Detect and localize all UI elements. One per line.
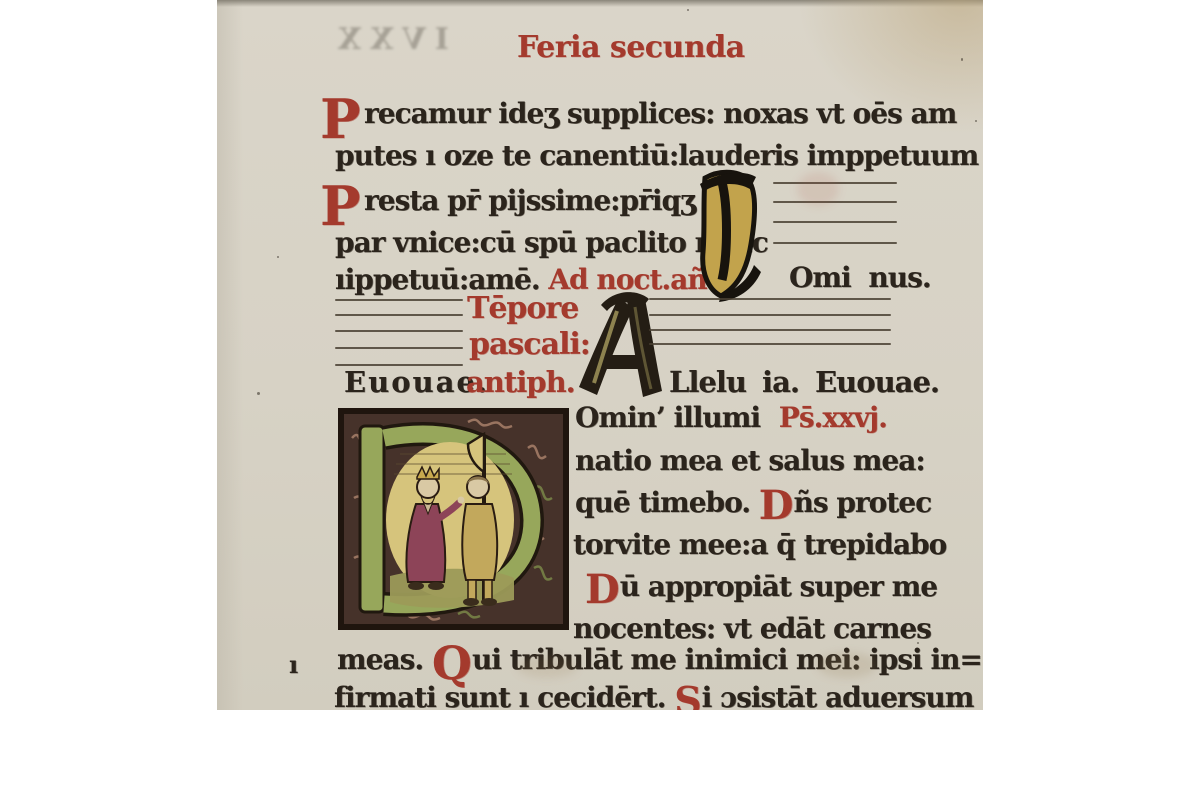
psalm-line-8-pre: firmati sunt ı cecidērt. bbox=[334, 681, 665, 710]
red-initial-d-1: D bbox=[759, 482, 794, 529]
psalm-line-8-post: i ɔsistāt aduersum bbox=[702, 681, 974, 710]
psalm-line-7-pre: meas. bbox=[337, 643, 423, 676]
woodcut-initial-d-icon bbox=[338, 408, 569, 630]
drop-cap-p-1: P bbox=[320, 92, 361, 146]
ghost-folio-numeral: IVXX bbox=[329, 22, 449, 57]
screenshot-canvas: IVXX Feria secunda P recamur ideʒ suppli… bbox=[0, 0, 1200, 800]
music-staff-lines-3 bbox=[649, 298, 891, 345]
page-scan: IVXX Feria secunda P recamur ideʒ suppli… bbox=[217, 0, 983, 710]
heading-feria-secunda: Feria secunda bbox=[517, 31, 745, 65]
speck bbox=[257, 392, 260, 395]
stain bbox=[517, 656, 577, 678]
red-initial-d-2: D bbox=[585, 566, 620, 613]
drop-cap-p-2: P bbox=[320, 179, 361, 233]
psalm-line-1-text: Omin’ illumi bbox=[575, 401, 760, 434]
gold-initial-d-icon bbox=[691, 166, 765, 302]
psalm-line-3-post: ñs protec bbox=[793, 486, 931, 519]
stain bbox=[797, 172, 839, 206]
psalm-line-5: Dū appropiāt super me bbox=[585, 570, 937, 604]
dominus-continuation: Omi nus. bbox=[789, 261, 931, 295]
red-initial-s: S bbox=[674, 678, 701, 710]
rubric-tempore: Tēpore bbox=[467, 292, 578, 326]
rubric-antiph: antiph. bbox=[466, 365, 575, 399]
psalm-line-8: firmati sunt ı cecidērt. Si ɔsistāt adue… bbox=[334, 681, 973, 710]
psalm-line-2: natio mea et salus mea: bbox=[575, 444, 925, 478]
psalm-line-3-pre: quē timebo. bbox=[575, 486, 750, 519]
speck bbox=[961, 58, 963, 61]
psalm-line-6: nocentes: vt edāt carnes bbox=[573, 612, 931, 646]
psalm-line-3: quē timebo. Dñs protec bbox=[575, 486, 931, 520]
psalm-line-4: torvite mee:a q̄ trepidabo bbox=[573, 528, 946, 562]
psalm-line-1: Omin’ illumi Ps̄.xxvj. bbox=[575, 401, 887, 435]
psalm-number-rubric: Ps̄.xxvj. bbox=[779, 401, 887, 434]
margin-mark: ı bbox=[289, 648, 297, 682]
hymn-line-1: recamur ideʒ supplices: noxas vt oēs am bbox=[364, 97, 956, 131]
music-staff-lines-2 bbox=[335, 299, 463, 366]
psalm-line-7: meas. Qui tribulāt me inimici mei: ipsi … bbox=[337, 643, 982, 677]
psalm-line-5-post: ū appropiāt super me bbox=[620, 570, 937, 603]
speck bbox=[277, 256, 279, 258]
stain bbox=[817, 652, 877, 678]
speck bbox=[975, 120, 977, 122]
hymn-line-3: resta pr̄ pijssime:pr̄iqʒ cō bbox=[364, 184, 737, 218]
letter-d-stem bbox=[360, 426, 384, 612]
gold-initial-inner-stroke bbox=[722, 182, 727, 280]
hymn-line-2: putes ı oze te canentiū:lauderis imppetu… bbox=[335, 139, 978, 173]
alleluia-line: Llelu ia. Euouae. bbox=[669, 365, 939, 399]
speck bbox=[687, 9, 689, 11]
speck bbox=[917, 642, 919, 644]
